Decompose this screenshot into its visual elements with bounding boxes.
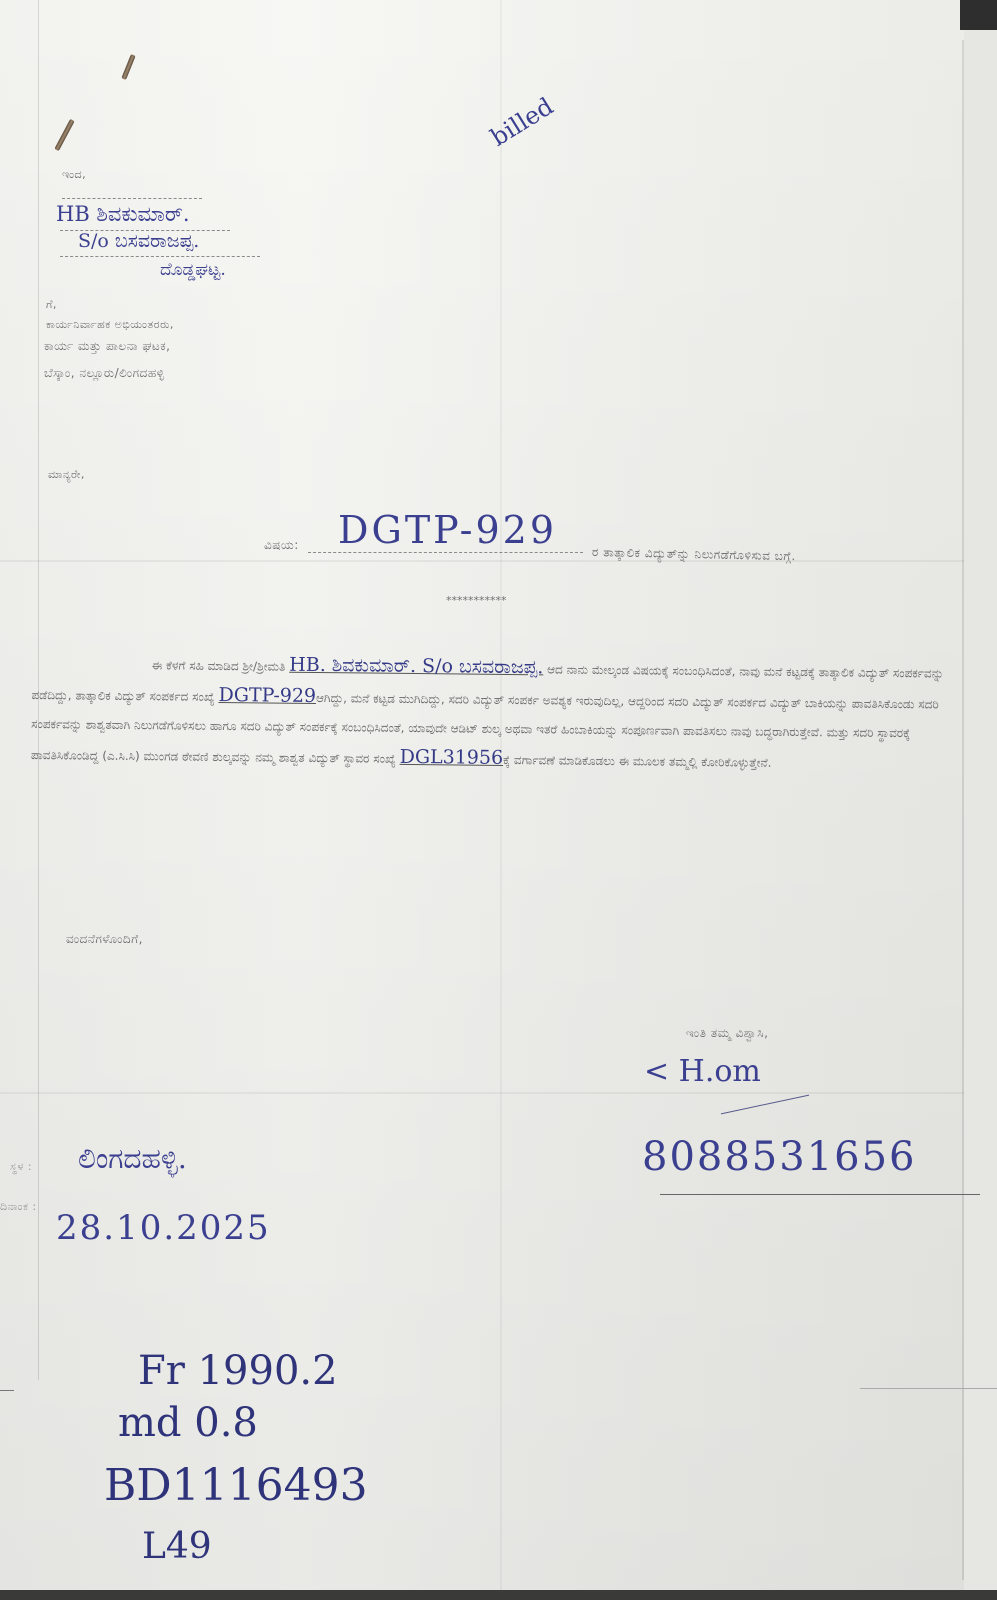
recipient-line-2: ಕಾರ್ಯ ಮತ್ತು ಪಾಲನಾ ಘಟಕ,: [44, 339, 170, 354]
body-intro: ಈ ಕೆಳಗೆ ಸಹಿ ಮಾಡಿದ ಶ್ರೀ/ಶ್ರೀಮತಿ: [152, 658, 286, 673]
signature-line: [660, 1194, 980, 1195]
note-line-3: BD1116493: [104, 1460, 368, 1511]
paper-edge: [962, 40, 964, 1580]
sender-place: ದೊಡ್ಡಘಟ್ಟ.: [160, 260, 226, 280]
paper-mark: [0, 1390, 14, 1391]
subject-line: [308, 552, 583, 553]
sender-name: HB ಶಿವಕುಮಾರ್.: [56, 202, 190, 227]
sender-line: [60, 256, 260, 257]
recipient-label: ಗೆ,: [46, 298, 57, 312]
signature: < H.om: [644, 1054, 761, 1089]
note-line-4: L49: [142, 1526, 212, 1567]
sender-label: ಇಂದ,: [62, 168, 86, 182]
closing: ವಂದನೆಗಳೊಂದಿಗೆ,: [66, 932, 143, 947]
background-corner: [960, 0, 997, 30]
body-text: ಕ್ಕೆ ವರ್ಗಾವಣೆ ಮಾಡಿಕೊಡಲು ಈ ಮೂಲಕ ತಮ್ಮಲ್ಲಿ …: [503, 753, 771, 770]
subject-label: ವಿಷಯ:: [264, 538, 299, 553]
phone-number: 8088531656: [642, 1134, 917, 1180]
recipient-line-3: ಬೆಸ್ಕಾಂ, ನಲ್ಲೂರು/ಲಿಂಗದಹಳ್ಳಿ: [44, 366, 164, 381]
body-temp-connection-no: DGTP-929: [218, 684, 316, 707]
note-line-2: md 0.8: [118, 1400, 258, 1446]
place-value: ಲಿಂಗದಹಳ್ಳಿ.: [78, 1142, 187, 1176]
note-line-1: Fr 1990.2: [138, 1348, 338, 1394]
underlying-paper: [964, 0, 997, 1600]
body-permanent-rr-no: DGL31956: [400, 746, 504, 769]
place-label: ಸ್ಥಳ :: [10, 1160, 32, 1174]
recipient-line-1: ಕಾರ್ಯನಿರ್ವಾಹಕ ಅಭಿಯಂತರರು,: [46, 318, 174, 332]
salutation: ಮಾನ್ಯರೇ,: [48, 468, 85, 482]
date-value: 28.10.2025: [56, 1208, 271, 1248]
sender-relation: S/o ಬಸವರಾಜಪ್ಪ.: [78, 230, 199, 252]
background-bottom: [0, 1590, 997, 1600]
subject-connection-number: DGTP-929: [338, 508, 557, 552]
body-applicant-name: HB. ಶಿವಕುಮಾರ್. S/o ಬಸವರಾಜಪ್ಪ.: [289, 654, 543, 679]
sender-line: [62, 198, 202, 199]
subject-separator: ***********: [446, 594, 507, 607]
paper-fold: [500, 0, 502, 1600]
letter-body: ಈ ಕೆಳಗೆ ಸಹಿ ಮಾಡಿದ ಶ್ರೀ/ಶ್ರೀಮತಿ HB. ಶಿವಕು…: [31, 648, 947, 780]
signoff-label: ಇಂತಿ ತಮ್ಮ ವಿಶ್ವಾಸಿ,: [686, 1026, 768, 1041]
date-label: ದಿನಾಂಕ :: [0, 1200, 37, 1214]
paper-fold: [0, 560, 997, 562]
paper-fold: [0, 1092, 997, 1094]
paper-mark: [860, 1388, 997, 1389]
